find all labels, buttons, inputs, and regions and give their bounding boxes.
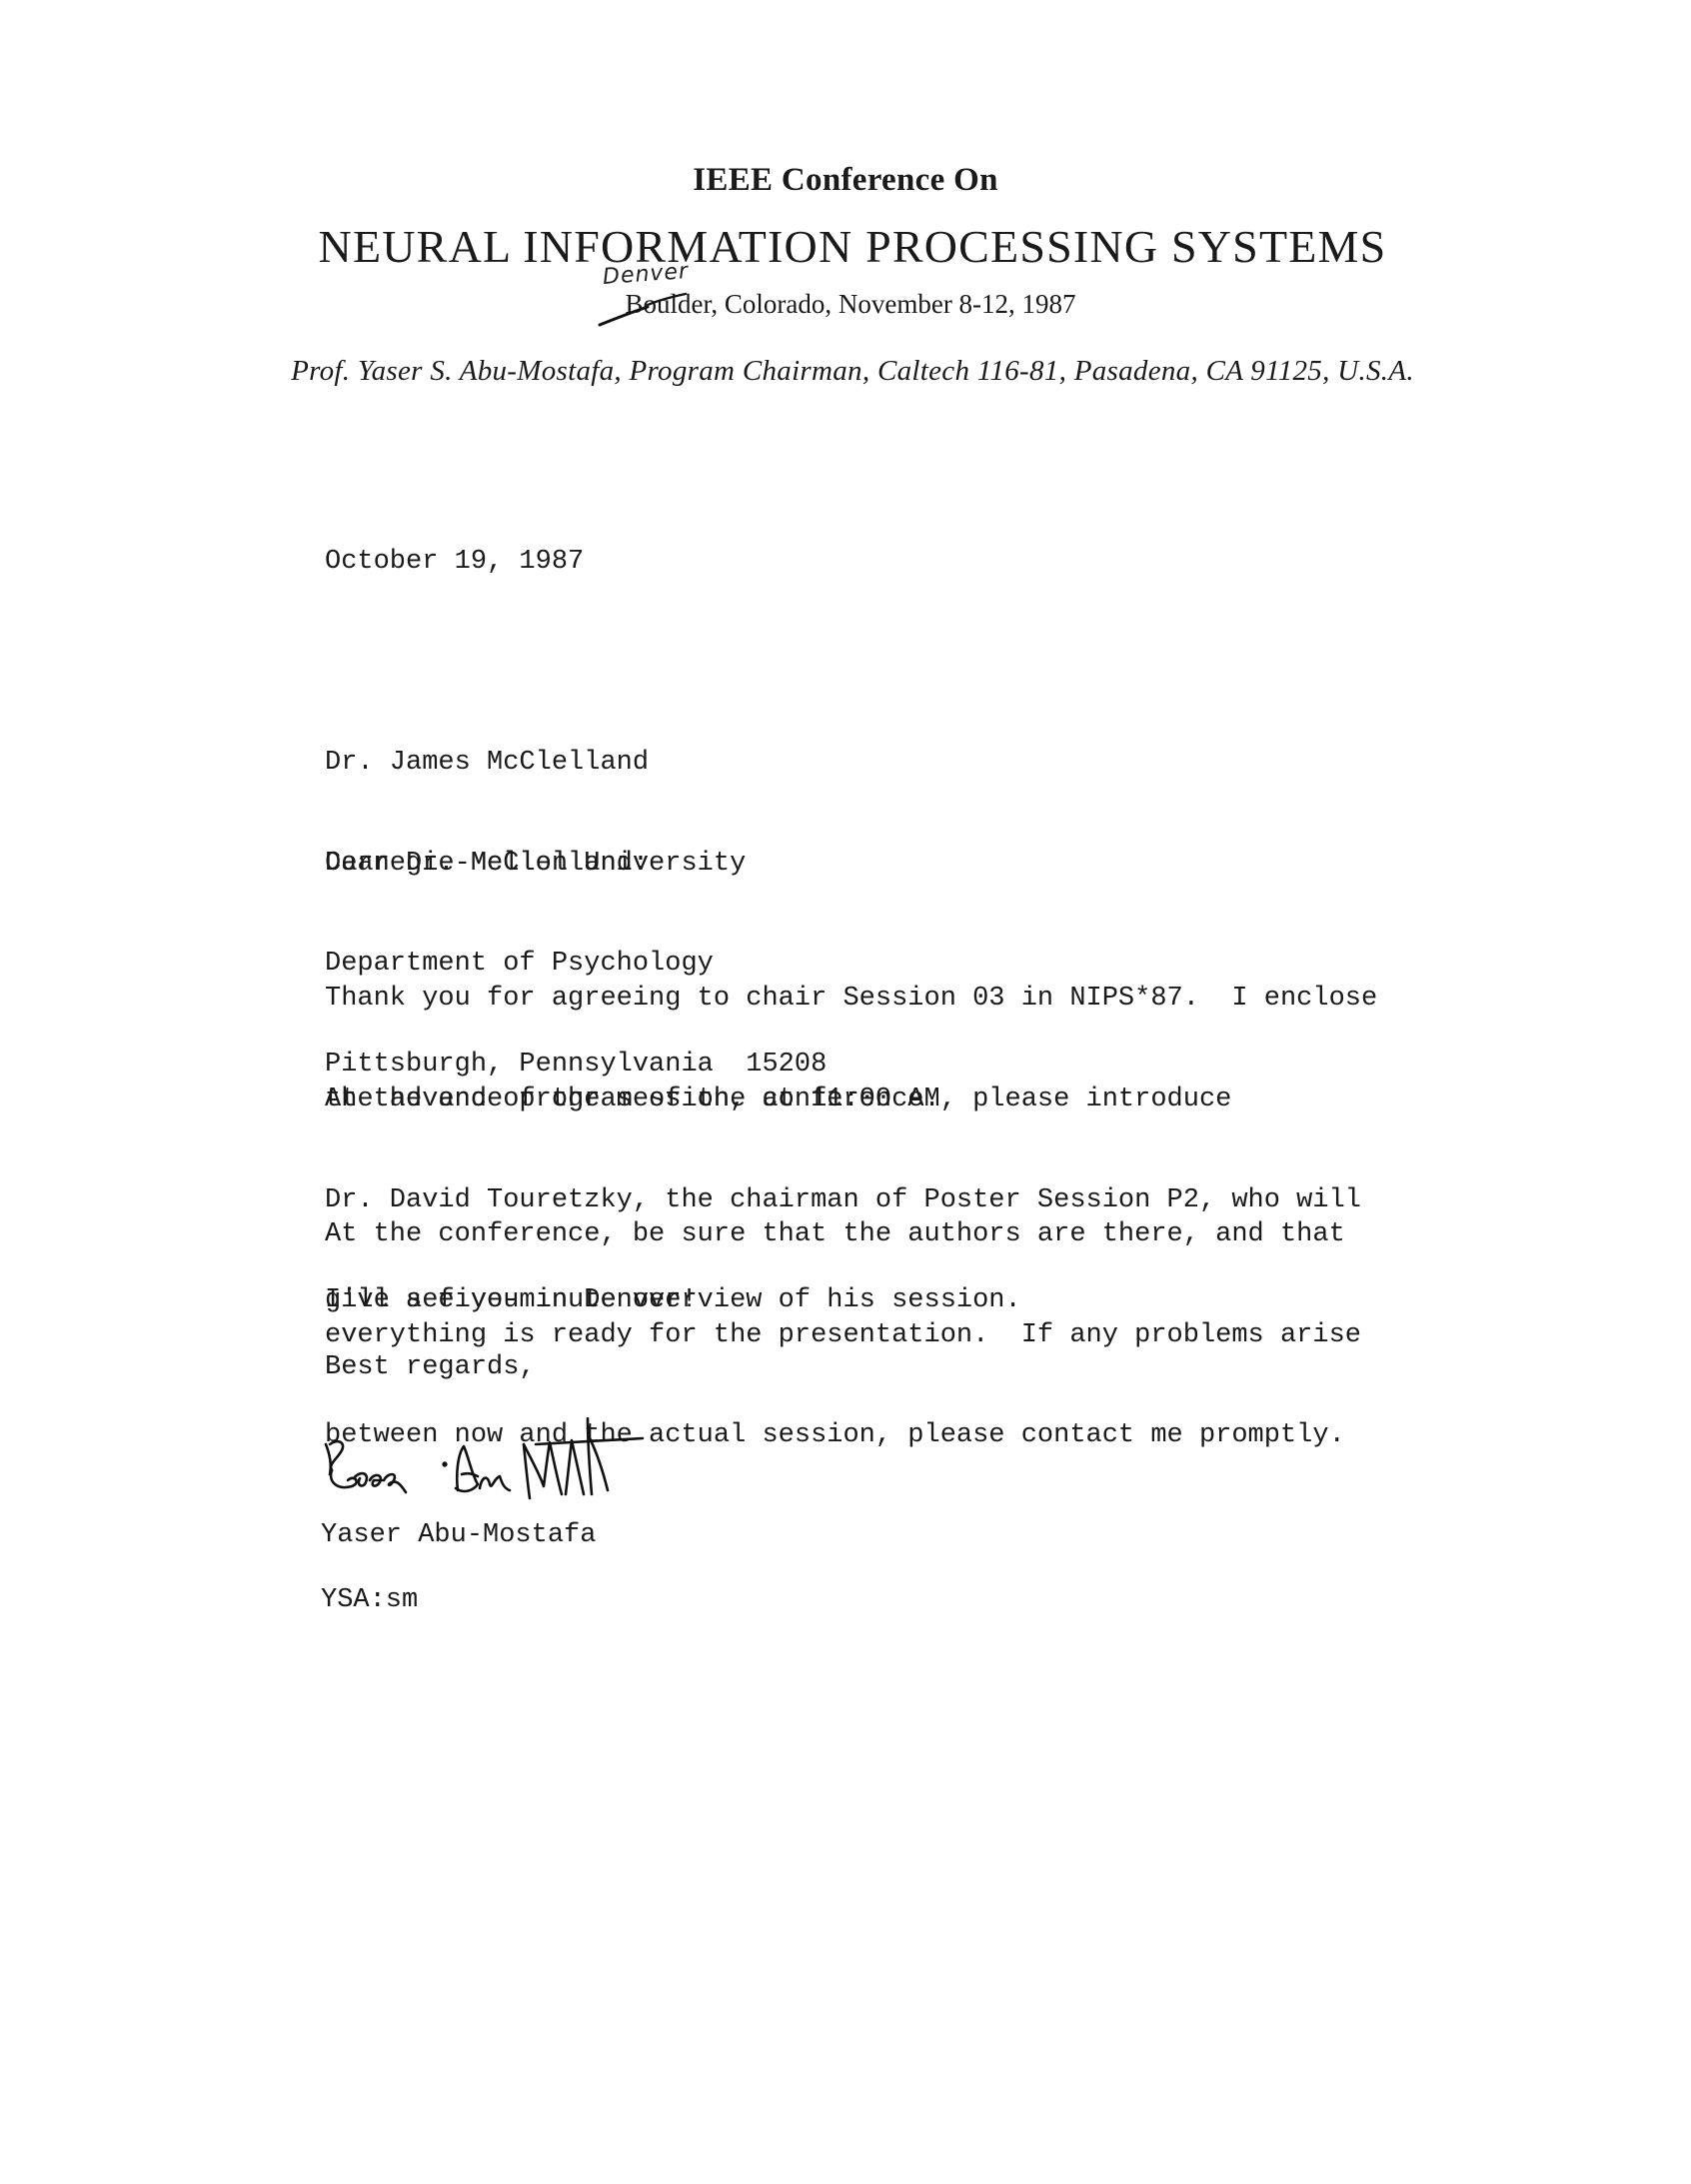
conference-prefix: IEEE Conference On bbox=[0, 162, 1691, 199]
letter-date: October 19, 1987 bbox=[325, 546, 584, 580]
conference-location-dates: Boulder, Colorado, November 8-12, 1987 bbox=[0, 289, 1691, 320]
signer-name: Yaser Abu-Mostafa bbox=[321, 1519, 596, 1553]
strikethrough-mark-icon bbox=[590, 285, 700, 335]
typist-initials: YSA:sm bbox=[321, 1584, 418, 1618]
paragraph-line: At the conference, be sure that the auth… bbox=[325, 1218, 1361, 1252]
paragraph-line: everything is ready for the presentation… bbox=[325, 1319, 1361, 1353]
sign-off: Best regards, bbox=[325, 1351, 536, 1385]
paragraph-line: Thank you for agreeing to chair Session … bbox=[325, 983, 1377, 1017]
program-chair-address: Prof. Yaser S. Abu-Mostafa, Program Chai… bbox=[0, 355, 1691, 388]
signature-icon bbox=[318, 1414, 648, 1504]
closing-line: I'll see you in Denver! bbox=[325, 1284, 698, 1318]
recipient-line: Dr. James McClelland bbox=[325, 747, 827, 781]
location-dates: , Colorado, November 8-12, 1987 bbox=[711, 289, 1075, 319]
paragraph-line: At the end of the session, at 11:00 AM, … bbox=[325, 1084, 1361, 1117]
conference-title: NEURAL INFORMATION PROCESSING SYSTEMS bbox=[0, 220, 1691, 273]
salutation: Dear Dr. McClelland: bbox=[325, 848, 649, 882]
